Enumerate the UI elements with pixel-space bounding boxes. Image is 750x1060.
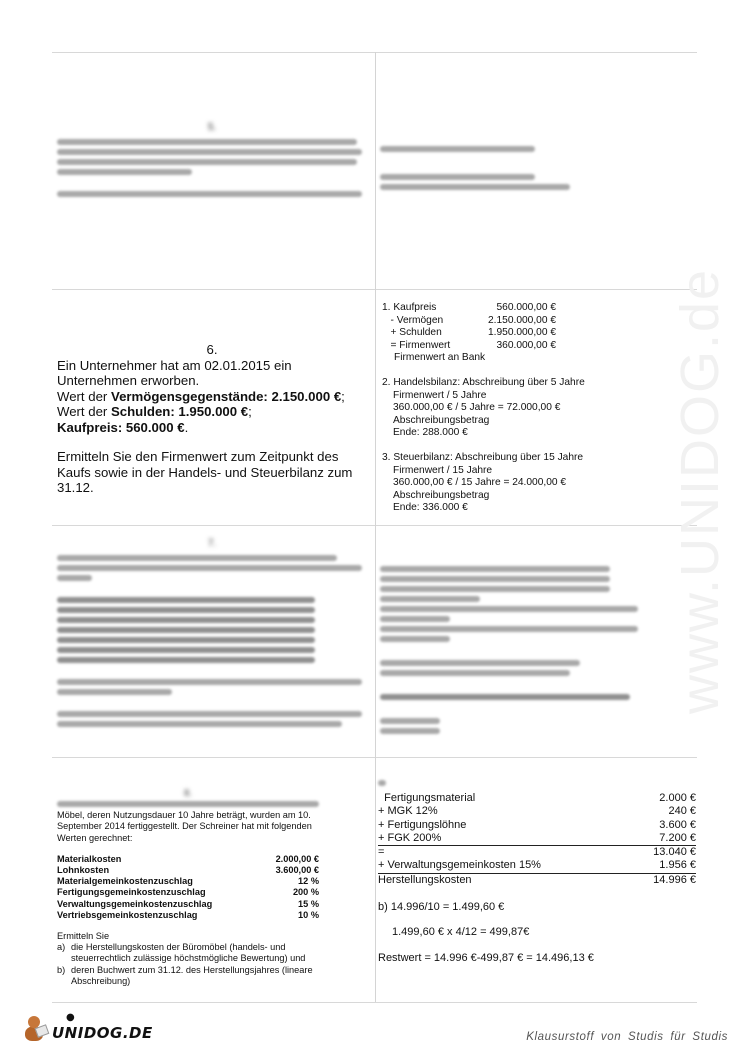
part2-title: 2. Handelsbilanz: Abschreibung über 5 Ja… [382,377,622,390]
calc-value: 14.996 € [653,874,696,887]
cost-label: Fertigungsgemeinkostenzuschlag [57,887,206,898]
task-6-answer: 1. Kaufpreis560.000,00 € - Vermögen2.150… [382,302,622,515]
calc-row: + Schulden1.950.000,00 € [382,327,622,340]
cost-row: Lohnkosten3.600,00 € [57,865,319,876]
calc-row: + Fertigungslöhne3.600 € [378,819,696,832]
calc-value: 3.600 € [659,819,696,832]
cost-value: 15 % [298,899,319,910]
calc-label: + Fertigungslöhne [378,819,466,832]
calc-label: 1. Kaufpreis [382,302,474,315]
calc-value: 360.000,00 € [474,340,556,353]
calc-label: + FGK 200% [378,832,441,845]
calc-label: = Firmenwert [382,340,474,353]
cost-label: Vertriebsgemeinkostenzuschlag [57,910,197,921]
footer-tagline: Klausurstoff von Studis für Studis [526,1031,728,1043]
question-item: a)die Herstellungskosten der Büromöbel (… [57,942,319,964]
cost-value: 2.000,00 € [276,854,319,865]
calc-label: + Verwaltungsgemeinkosten 15% [378,859,541,872]
task-6-intro: Ein Unternehmer hat am 02.01.2015 ein Un… [57,358,367,389]
calc-label: Fertigungsmaterial [378,792,475,805]
calc-value: 1.956 € [659,859,696,872]
calc-row: + MGK 12%240 € [378,805,696,818]
item-text: deren Buchwert zum 31.12. des Herstellun… [71,965,319,987]
task-6-debts: Wert der Schulden: 1.950.000 €; [57,404,367,420]
item-marker: b) [57,965,71,987]
watermark: www.UNIDOG.de [669,251,731,731]
cost-label: Verwaltungsgemeinkostenzuschlag [57,899,212,910]
unidog-logo[interactable]: ● UNIDOG.DE [22,1014,153,1042]
cost-row: Vertriebsgemeinkostenzuschlag10 % [57,910,319,921]
task-5-answer-blurred [380,142,580,194]
cost-label: Materialkosten [57,854,121,865]
cost-value: 200 % [293,887,319,898]
document-page: www.UNIDOG.de 5. 6. Ein Unternehmer hat … [0,0,750,1060]
task-6-price: Kaufpreis: 560.000 €. [57,420,367,436]
calc-row: = Firmenwert360.000,00 € [382,340,622,353]
calc-label: = [378,846,384,859]
cost-row: Materialgemeinkostenzuschlag12 % [57,876,319,887]
calc-value: 7.200 € [659,832,696,845]
calc-value: 560.000,00 € [474,302,556,315]
cost-value: 3.600,00 € [276,865,319,876]
calc-value: 240 € [668,805,696,818]
cost-row: Materialkosten2.000,00 € [57,854,319,865]
part3-title: 3. Steuerbilanz: Abschreibung über 15 Ja… [382,452,622,465]
dog-mascot-icon [22,1014,48,1042]
column-divider [375,52,376,1002]
answer-b-line1: b) 14.996/10 = 1.499,60 € [378,901,696,914]
task-6-question-text: Ermitteln Sie den Firmenwert zum Zeitpun… [57,449,367,496]
task-8-intro: Möbel, deren Nutzungsdauer 10 Jahre betr… [57,810,319,844]
calc-row: - Vermögen2.150.000,00 € [382,315,622,328]
calc-label: + MGK 12% [378,805,438,818]
calc-label: + Schulden [382,327,474,340]
calc-value: 2.000 € [659,792,696,805]
calc-row: Fertigungsmaterial2.000 € [378,792,696,805]
cost-row: Verwaltungsgemeinkostenzuschlag15 % [57,899,319,910]
calc-row: Herstellungskosten14.996 € [378,874,696,887]
answer-b-line2: 1.499,60 € x 4/12 = 499,87€ [378,926,696,939]
calc-value: 13.040 € [653,846,696,859]
task-6-question: 6. Ein Unternehmer hat am 02.01.2015 ein… [57,342,367,496]
cost-row: Fertigungsgemeinkostenzuschlag200 % [57,887,319,898]
task-7-question-blurred: 7. [57,538,367,731]
cost-label: Lohnkosten [57,865,109,876]
calc-row: + Verwaltungsgemeinkosten 15%1.956 € [378,859,696,873]
paw-icon: ● [66,1012,75,1023]
task-8-question-head: Ermitteln Sie [57,931,319,942]
answer-b-restwert: Restwert = 14.996 €-499,87 € = 14.496,13… [378,952,696,965]
calc-value: 2.150.000,00 € [474,315,556,328]
calc-row: + FGK 200%7.200 € [378,832,696,846]
task-8-answer: Fertigungsmaterial2.000 €+ MGK 12%240 €+… [378,780,696,965]
item-text: die Herstellungskosten der Büromöbel (ha… [71,942,319,964]
task-8-question: 8. Möbel, deren Nutzungsdauer 10 Jahre b… [57,788,319,987]
task-5-question-blurred: 5. [57,122,367,201]
task-number: 6. [57,342,367,358]
item-marker: a) [57,942,71,964]
question-item: b)deren Buchwert zum 31.12. des Herstell… [57,965,319,987]
cost-value: 10 % [298,910,319,921]
calc-label: Herstellungskosten [378,874,472,887]
calc-row: =13.040 € [378,846,696,859]
calc-label: - Vermögen [382,315,474,328]
cost-value: 12 % [298,876,319,887]
table-border-bottom [52,1002,697,1003]
booking: Firmenwert an Bank [382,352,622,365]
calc-row: 1. Kaufpreis560.000,00 € [382,302,622,315]
cost-label: Materialgemeinkostenzuschlag [57,876,193,887]
task-6-assets: Wert der Vermögensgegenstände: 2.150.000… [57,389,367,405]
calc-value: 1.950.000,00 € [474,327,556,340]
task-7-answer-blurred [380,562,660,738]
